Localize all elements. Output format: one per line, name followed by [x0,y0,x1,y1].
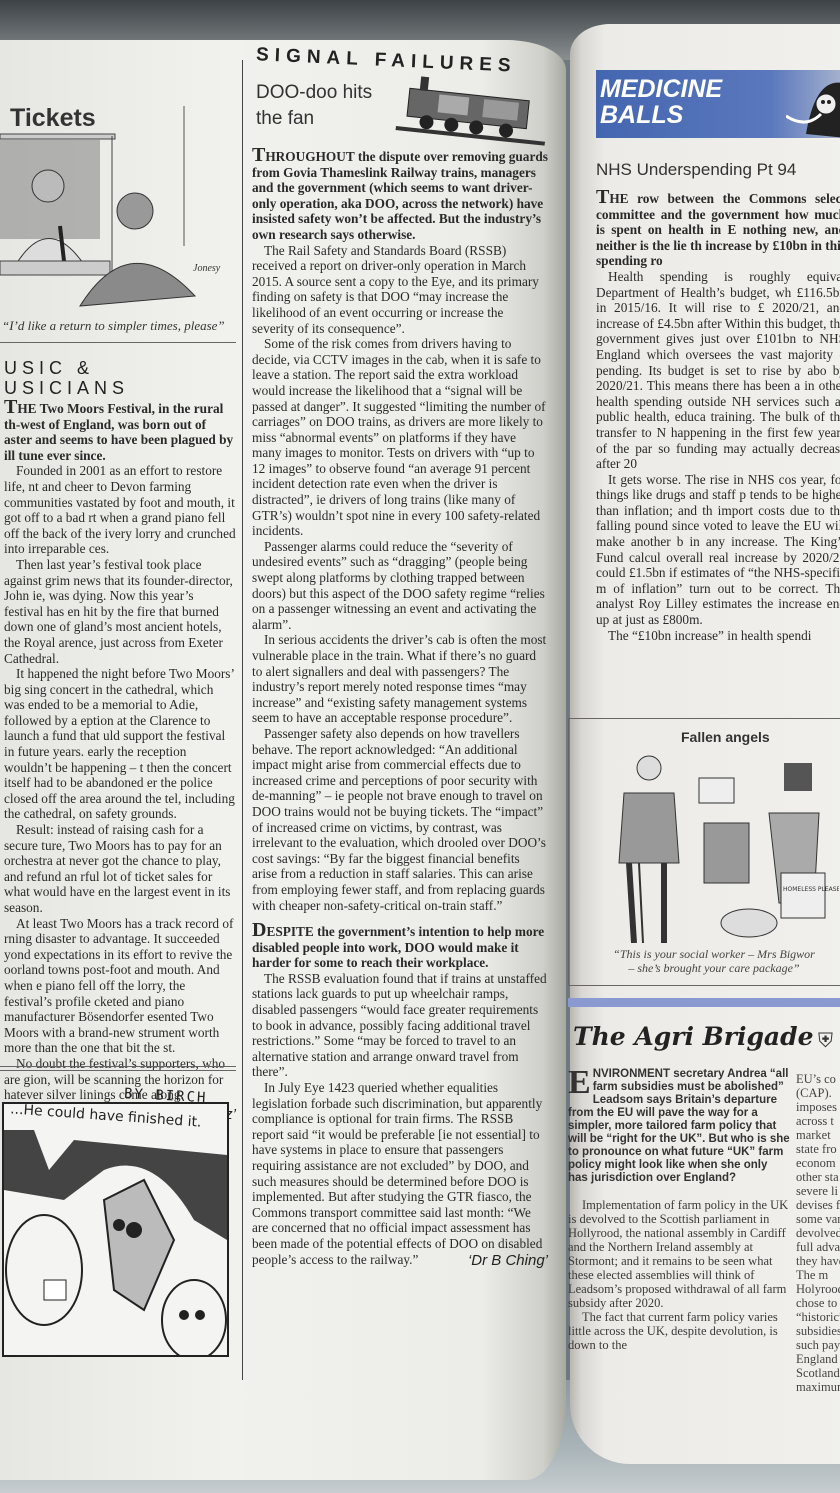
ticket-office-cartoon-icon: Jonesy [0,96,236,311]
cartoon-signature: Jonesy [193,263,221,274]
comic-caption: ...He could have finished it. [10,1101,202,1130]
cartoon-figures-icon: HOMELESS PLEASE HELP [609,753,839,943]
music-section-title-1: USIC & [4,358,94,378]
medicine-balls-banner: MEDICINE BALLS [596,70,840,138]
nhs-article: THE row between the Commons select commi… [596,190,840,643]
tickets-cartoon-caption: “I’d like a return to simpler times, ple… [2,318,238,334]
agri-second-column: EU’s co (CAP). imposes across t market s… [796,1072,840,1394]
signal-paragraph: Passenger alarms could reduce the “sever… [252,539,548,633]
grim-reaper-icon [786,74,840,138]
nhs-paragraph: The “£10bn increase” in health spendi [596,628,840,644]
divider [0,342,236,343]
divider [0,1070,236,1071]
signal-lead: THROUGHOUT the dispute over removing gua… [252,148,548,243]
column-divider [242,60,243,1380]
music-paragraph: Result: instead of raising cash for a se… [4,822,236,916]
signal-paragraph: The Rail Safety and Standards Board (RSS… [252,243,548,337]
signal-paragraph: Some of the risk comes from drivers havi… [252,336,548,539]
signal-second-lead: DESPITE the government’s intention to he… [252,923,548,971]
nhs-headline: NHS Underspending Pt 94 [596,160,796,180]
nhs-paragraph: Health spending is roughly equival Depar… [596,269,840,472]
article-headline: DOO-doo hits the fan [256,80,396,132]
birch-comic: ...He could have finished it. [2,1102,229,1357]
dropcap: T [4,396,17,418]
agri-brigade-title: The Agri Brigade [573,1022,814,1051]
signal-paragraph: In serious accidents the driver’s cab is… [252,632,548,726]
signal-failures-article: THROUGHOUT the dispute over removing gua… [252,148,548,1269]
music-paragraph: Then last year’s festival took place aga… [4,557,236,666]
music-article: THE Two Moors Festival, in the rural th-… [4,400,236,1122]
tractor-icon: ⛨ [818,1030,833,1053]
agri-lead: ENVIRONMENT secretary Andrea “all farm s… [568,1068,790,1185]
music-paragraph: Founded in 2001 as an effort to restore … [4,463,236,557]
signal-paragraph: Passenger safety also depends on how tra… [252,726,548,913]
nhs-paragraph: It gets worse. The rise in NHS cos year,… [596,472,840,628]
agri-paragraph: The fact that current farm policy varies… [568,1310,790,1352]
music-paragraph: It happened the night before Two Moors’ … [4,666,236,822]
music-section-title-2: USICIANS [4,378,129,398]
nhs-lead: THE row between the Commons select commi… [596,190,840,269]
section-divider-blue [568,998,840,1007]
music-paragraph: At least Two Moors has a track record of… [4,916,236,1056]
agri-paragraph: Implementation of farm policy in the UK … [568,1198,790,1310]
cartoon-title: Fallen angels [681,729,770,745]
agri-article: Implementation of farm policy in the UK … [568,1198,790,1352]
cartoon-caption: “This is your social worker – Mrs Bigwor… [579,947,840,975]
signal-paragraph: The RSSB evaluation found that if trains… [252,971,548,1080]
cardboard-sign: HOMELESS PLEASE HELP [783,886,839,893]
fallen-angels-cartoon: Fallen angels HOMELESS PLEASE HELP “This… [568,718,840,986]
signal-paragraph: In July Eye 1423 queried whether equalit… [252,1080,548,1267]
comic-faces-icon [4,1130,227,1355]
divider [0,1066,236,1067]
music-lead: THE Two Moors Festival, in the rural th-… [4,400,236,463]
